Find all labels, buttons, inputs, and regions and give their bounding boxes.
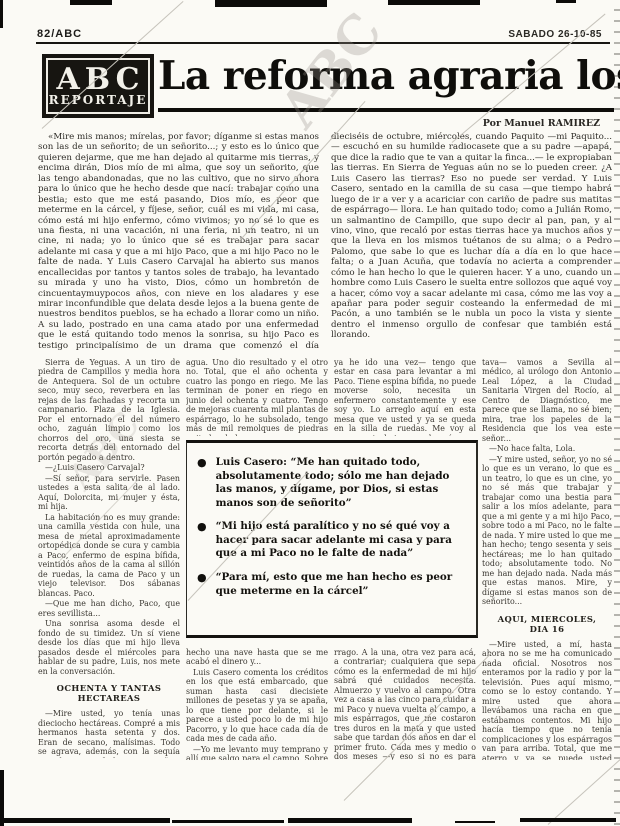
- page-number: 82/ABC: [37, 28, 82, 40]
- column-2-bottom: hecho una nave hasta que se me acabó el …: [186, 648, 328, 760]
- paragraph: —No hace falta, Lola.: [482, 444, 612, 453]
- scan-edge-mark: [172, 820, 284, 823]
- paragraph: —Mire usted, yo tenía unas dieciocho hec…: [38, 709, 180, 758]
- column-3-top-text: ya he ido una vez— tengo que estar en ca…: [334, 358, 476, 436]
- column-1-text-2: —Mire usted, yo tenía unas dieciocho hec…: [38, 709, 180, 758]
- scan-edge-mark: [455, 821, 495, 823]
- date-label: SABADO 26-10-85: [508, 29, 602, 40]
- quote-text: Luis Casero: “Me han quitado todo, absol…: [216, 456, 464, 510]
- paragraph: —Mire usted, a mí, hasta ahora no se me …: [482, 640, 612, 760]
- logo-frame: ABC REPORTAJE: [46, 58, 150, 114]
- column-4-text-2: —Mire usted, a mí, hasta ahora no se me …: [482, 640, 612, 760]
- column-2-top: agua. Uno dio resultado y el otro no. To…: [186, 358, 328, 436]
- subheading-miercoles: AQUI, MIERCOLES, DIA 16: [488, 614, 606, 634]
- scan-edge-mark: [288, 818, 412, 823]
- column-3-top: ya he ido una vez— tengo que estar en ca…: [334, 358, 476, 436]
- quote-item: ● “Mi hijo está paralítico y no sé qué v…: [197, 520, 464, 561]
- scan-edge-strip: [614, 0, 620, 826]
- pull-quote-box: ● Luis Casero: “Me han quitado todo, abs…: [186, 440, 478, 638]
- paragraph: —Yo me levanto muy temprano y allí que s…: [186, 745, 328, 760]
- scan-edge-mark: [215, 0, 327, 7]
- newspaper-page: 82/ABC SABADO 26-10-85 ABC REPORTAJE La …: [0, 0, 620, 826]
- paragraph: Una sonrisa asoma desde el fondo de su t…: [38, 619, 180, 676]
- paragraph: rrago. A la una, otra vez para acá, a co…: [334, 648, 476, 760]
- quote-item: ● “Para mí, esto que me han hecho es peo…: [197, 571, 464, 598]
- scan-edge-mark: [0, 0, 3, 28]
- paragraph: —Y mire usted, señor, yo no sé lo que es…: [482, 455, 612, 607]
- logo-abc-text: ABC: [51, 66, 144, 94]
- bullet-icon: ●: [197, 520, 207, 561]
- scan-edge-mark: [388, 0, 480, 5]
- quote-text: “Para mí, esto que me han hecho es peor …: [216, 571, 464, 598]
- scan-artifact-line: [548, 751, 620, 825]
- paragraph: Luis Casero comenta los créditos en los …: [186, 668, 328, 744]
- paragraph: hecho una nave hasta que se me acabó el …: [186, 648, 328, 667]
- logo-section-text: REPORTAJE: [49, 94, 148, 107]
- paragraph: ya he ido una vez— tengo que estar en ca…: [334, 358, 476, 436]
- paragraph: agua. Uno dio resultado y el otro no. To…: [186, 358, 328, 436]
- quote-text: “Mi hijo está paralítico y no sé qué voy…: [216, 520, 464, 561]
- column-1-text: Sierra de Yeguas. A un tiro de piedra de…: [38, 358, 180, 676]
- paragraph: —Que me han dicho, Paco, que eres sevill…: [38, 599, 180, 618]
- column-4: tava— vamos a Sevilla al médico, al uról…: [482, 358, 612, 760]
- scan-edge-mark: [70, 0, 112, 5]
- column-2-bottom-text: hecho una nave hasta que se me acabó el …: [186, 648, 328, 760]
- scan-edge-mark: [2, 818, 170, 823]
- lead-text: «Mire mis manos; mírelas, por favor; díg…: [38, 132, 612, 351]
- column-4-text: tava— vamos a Sevilla al médico, al uról…: [482, 358, 612, 607]
- abc-reportaje-logo: ABC REPORTAJE: [42, 54, 154, 118]
- bullet-icon: ●: [197, 456, 207, 510]
- column-3-bottom: rrago. A la una, otra vez para acá, a co…: [334, 648, 476, 760]
- paragraph: —Sí señor, para servirle. Pasen ustedes …: [38, 474, 180, 512]
- headline-rule: [158, 108, 614, 112]
- paragraph: tava— vamos a Sevilla al médico, al uról…: [482, 358, 612, 443]
- paragraph: La habitación no es muy grande: una cami…: [38, 513, 180, 598]
- column-3-bottom-text: rrago. A la una, otra vez para acá, a co…: [334, 648, 476, 760]
- column-2-top-text: agua. Uno dio resultado y el otro no. To…: [186, 358, 328, 436]
- subheading-hectareas: OCHENTA Y TANTAS HECTAREAS: [44, 683, 174, 703]
- byline: Por Manuel RAMIREZ: [330, 118, 600, 129]
- lead-paragraph: «Mire mis manos; mírelas, por favor; díg…: [38, 132, 612, 356]
- scan-edge-mark: [520, 818, 616, 822]
- quote-item: ● Luis Casero: “Me han quitado todo, abs…: [197, 456, 464, 510]
- scan-edge-mark: [556, 0, 576, 3]
